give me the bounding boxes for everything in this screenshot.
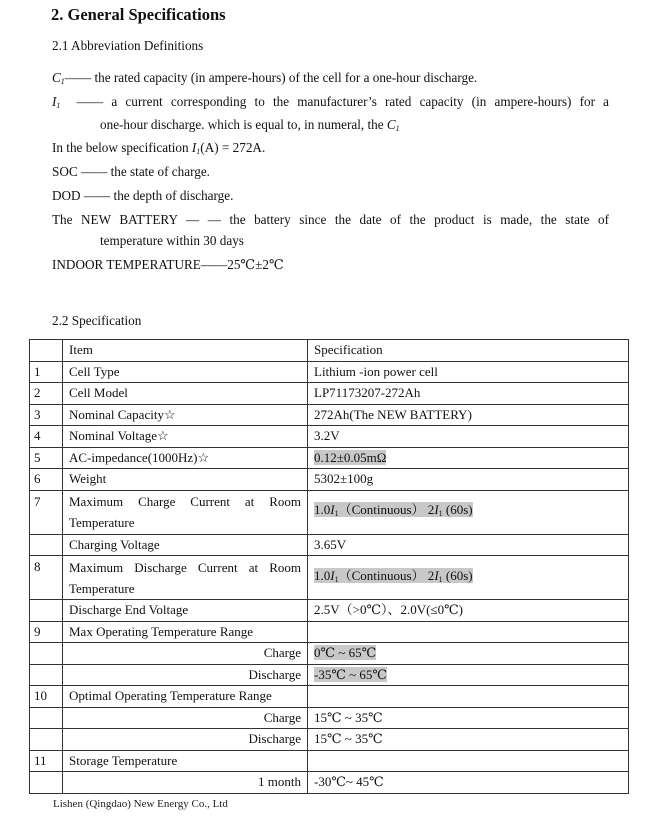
row-specification (308, 686, 629, 708)
table-row: 11Storage Temperature (30, 750, 629, 772)
row-item: Discharge (63, 664, 308, 686)
row-specification: 1.0I1（Continuous） 2I1 (60s) (308, 556, 629, 600)
page-heading: 2. General Specifications (51, 5, 226, 25)
highlighted-value: 0℃ ~ 65℃ (314, 645, 376, 660)
row-specification: LP71173207-272Ah (308, 383, 629, 405)
table-row: 4Nominal Voltage☆3.2V (30, 426, 629, 448)
row-item: Charge (63, 643, 308, 665)
row-number (30, 600, 63, 622)
value: 15℃ ~ 35℃ (314, 710, 383, 725)
value: -30℃~ 45℃ (314, 774, 384, 789)
definition-new-battery-line1: The NEW BATTERY — — the battery since th… (52, 212, 609, 228)
table-row: 6Weight5302±100g (30, 469, 629, 491)
table-row: 9Max Operating Temperature Range (30, 621, 629, 643)
table-row: Discharge15℃ ~ 35℃ (30, 729, 629, 751)
row-number: 3 (30, 404, 63, 426)
table-row: Charge15℃ ~ 35℃ (30, 707, 629, 729)
table-header-row: Item Specification (30, 340, 629, 362)
row-item: Discharge (63, 729, 308, 751)
table-row: Discharge-35℃ ~ 65℃ (30, 664, 629, 686)
row-number: 6 (30, 469, 63, 491)
row-specification: 0℃ ~ 65℃ (308, 643, 629, 665)
row-item: Cell Type (63, 361, 308, 383)
row-item: 1 month (63, 772, 308, 794)
row-number: 7 (30, 490, 63, 534)
row-specification: 15℃ ~ 35℃ (308, 707, 629, 729)
row-item: Charging Voltage (63, 534, 308, 556)
table-row: 10Optimal Operating Temperature Range (30, 686, 629, 708)
row-number (30, 643, 63, 665)
header-specification: Specification (308, 340, 629, 362)
definition-soc: SOC —— the state of charge. (52, 164, 210, 180)
value: 2.5V（>0℃）、2.0V(≤0℃) (314, 602, 463, 617)
row-specification: 3.2V (308, 426, 629, 448)
definition-c1: C1—— the rated capacity (in ampere-hours… (52, 70, 477, 86)
row-specification: 15℃ ~ 35℃ (308, 729, 629, 751)
table-row: 8Maximum Discharge Current at RoomTemper… (30, 556, 629, 600)
row-number: 11 (30, 750, 63, 772)
value: 272Ah(The NEW BATTERY) (314, 407, 472, 422)
value: 15℃ ~ 35℃ (314, 731, 383, 746)
header-num (30, 340, 63, 362)
table-row: 5AC-impedance(1000Hz)☆0.12±0.05mΩ (30, 447, 629, 469)
highlighted-value: 0.12±0.05mΩ (314, 450, 386, 465)
row-item: Discharge End Voltage (63, 600, 308, 622)
row-number (30, 534, 63, 556)
spec-current-line: In the below specification I1(A) = 272A. (52, 140, 265, 156)
table-row: 1Cell TypeLithium -ion power cell (30, 361, 629, 383)
row-specification (308, 750, 629, 772)
row-item: Charge (63, 707, 308, 729)
row-item: Cell Model (63, 383, 308, 405)
header-item: Item (63, 340, 308, 362)
highlighted-value: 1.0I1（Continuous） 2I1 (60s) (314, 568, 473, 583)
c1-text: the rated capacity (in ampere-hours) of … (91, 70, 477, 85)
row-item: Optimal Operating Temperature Range (63, 686, 308, 708)
table-row: Discharge End Voltage2.5V（>0℃）、2.0V(≤0℃) (30, 600, 629, 622)
row-specification: 5302±100g (308, 469, 629, 491)
row-number: 10 (30, 686, 63, 708)
table-row: 1 month-30℃~ 45℃ (30, 772, 629, 794)
section-title-abbreviations: 2.1 Abbreviation Definitions (52, 38, 203, 54)
table-row: 3Nominal Capacity☆272Ah(The NEW BATTERY) (30, 404, 629, 426)
row-number (30, 772, 63, 794)
table-row: Charging Voltage3.65V (30, 534, 629, 556)
row-item: Storage Temperature (63, 750, 308, 772)
section-title-specification: 2.2 Specification (52, 313, 141, 329)
value: 3.65V (314, 537, 346, 552)
row-number: 2 (30, 383, 63, 405)
table-row: Charge0℃ ~ 65℃ (30, 643, 629, 665)
specification-table: Item Specification 1Cell TypeLithium -io… (29, 339, 629, 794)
c1-symbol: C1 (52, 70, 65, 85)
i1-symbol: I1 (52, 94, 60, 109)
table-row: 2Cell ModelLP71173207-272Ah (30, 383, 629, 405)
row-number: 8 (30, 556, 63, 600)
row-number: 1 (30, 361, 63, 383)
definition-indoor-temperature: INDOOR TEMPERATURE——25℃±2℃ (52, 257, 284, 273)
definition-new-battery-line2: temperature within 30 days (100, 233, 244, 249)
row-item: Nominal Voltage☆ (63, 426, 308, 448)
row-specification: 1.0I1（Continuous） 2I1 (60s) (308, 490, 629, 534)
c1-dash: —— (65, 70, 91, 85)
table-row: 7Maximum Charge Current at RoomTemperatu… (30, 490, 629, 534)
highlighted-value: 1.0I1（Continuous） 2I1 (60s) (314, 502, 473, 517)
row-specification: 2.5V（>0℃）、2.0V(≤0℃) (308, 600, 629, 622)
definition-i1-line2: one-hour discharge. which is equal to, i… (100, 117, 400, 133)
footer-company: Lishen (Qingdao) New Energy Co., Ltd (53, 798, 228, 810)
row-item: Maximum Charge Current at RoomTemperatur… (63, 490, 308, 534)
row-item: AC-impedance(1000Hz)☆ (63, 447, 308, 469)
row-specification: 272Ah(The NEW BATTERY) (308, 404, 629, 426)
row-number: 5 (30, 447, 63, 469)
row-specification: -35℃ ~ 65℃ (308, 664, 629, 686)
definition-dod: DOD —— the depth of discharge. (52, 188, 233, 204)
row-number: 9 (30, 621, 63, 643)
row-item: Nominal Capacity☆ (63, 404, 308, 426)
value: Lithium -ion power cell (314, 364, 438, 379)
row-specification: Lithium -ion power cell (308, 361, 629, 383)
row-number (30, 729, 63, 751)
value: LP71173207-272Ah (314, 385, 420, 400)
row-specification: 3.65V (308, 534, 629, 556)
value: 3.2V (314, 428, 340, 443)
row-number: 4 (30, 426, 63, 448)
row-specification (308, 621, 629, 643)
row-number (30, 707, 63, 729)
row-item: Max Operating Temperature Range (63, 621, 308, 643)
highlighted-value: -35℃ ~ 65℃ (314, 667, 387, 682)
row-number (30, 664, 63, 686)
value: 5302±100g (314, 471, 373, 486)
row-item: Maximum Discharge Current at RoomTempera… (63, 556, 308, 600)
row-specification: 0.12±0.05mΩ (308, 447, 629, 469)
definition-i1-line1: I1 —— a current corresponding to the man… (52, 94, 609, 110)
row-specification: -30℃~ 45℃ (308, 772, 629, 794)
row-item: Weight (63, 469, 308, 491)
